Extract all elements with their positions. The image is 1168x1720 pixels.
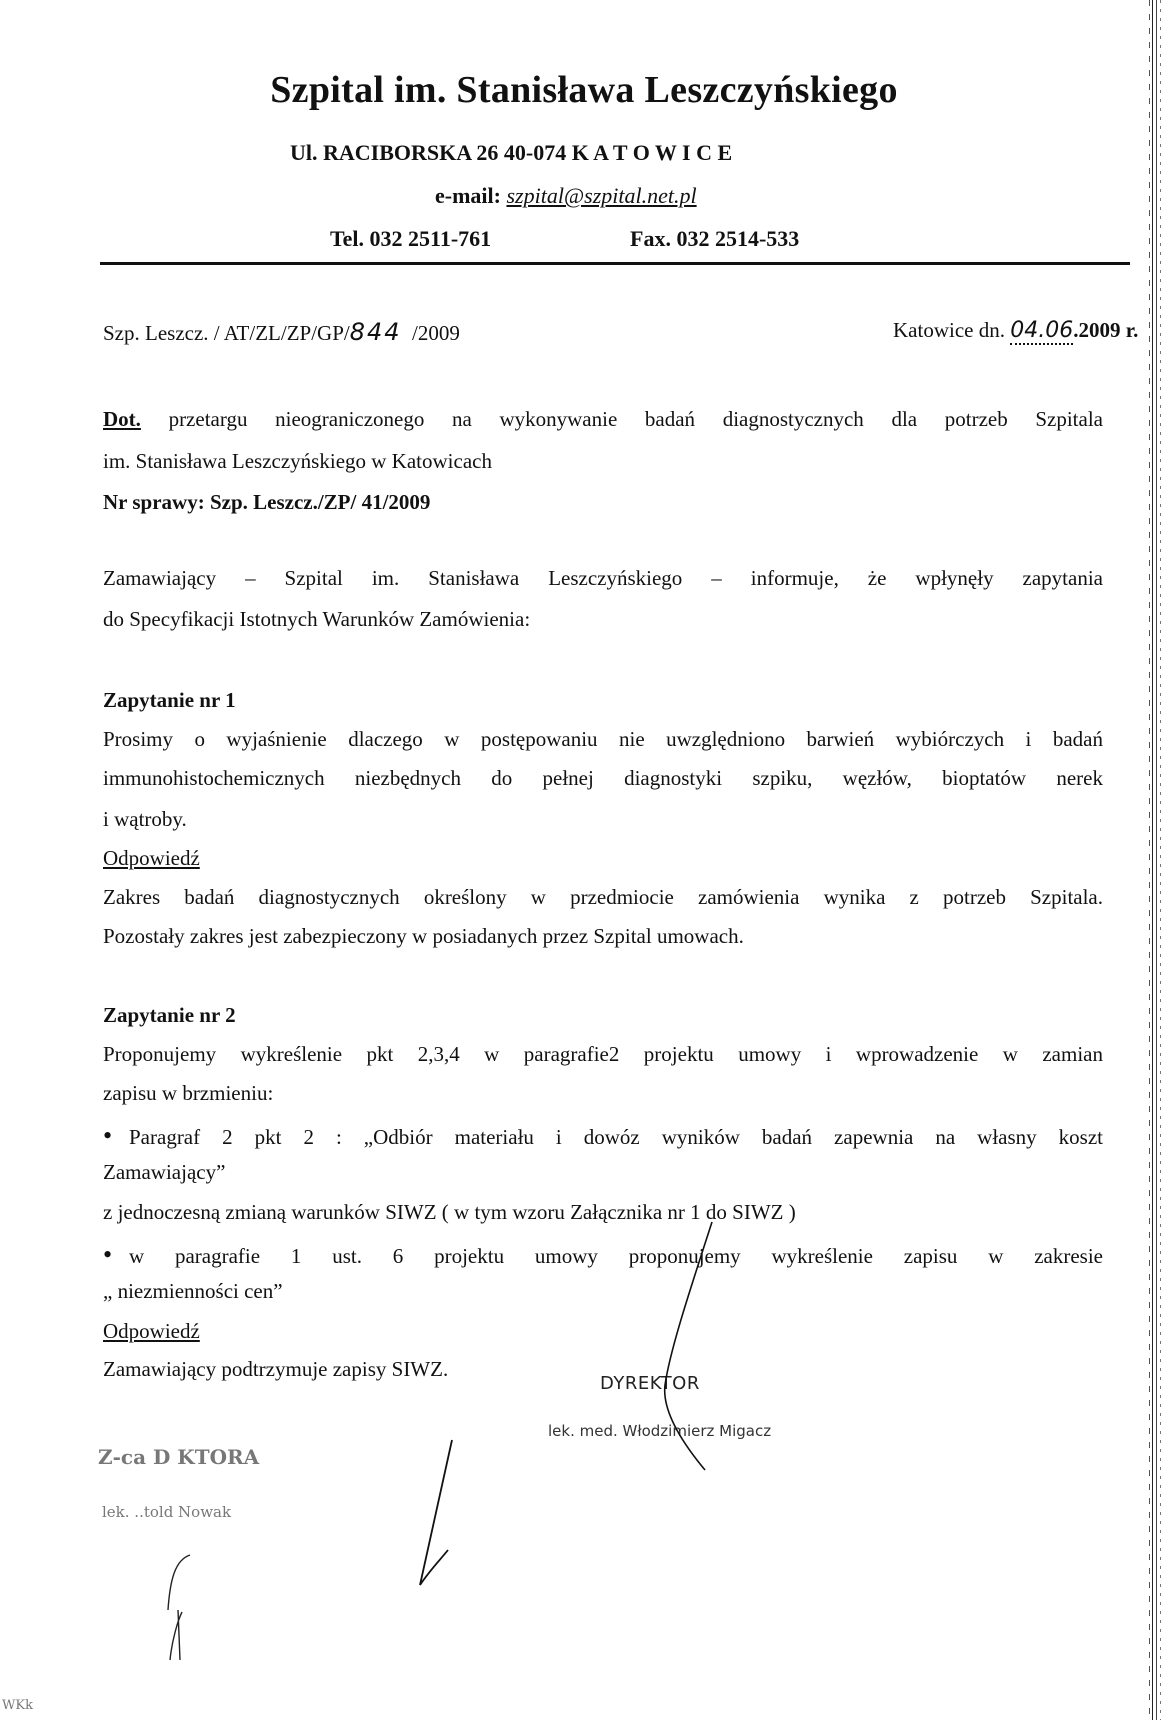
- deputy-title: Z-ca D KTORA: [98, 1445, 259, 1469]
- scan-edge-line: [1152, 0, 1153, 1720]
- scan-edge-line: [1160, 0, 1161, 1720]
- deputy-name: lek. ..told Nowak: [102, 1503, 231, 1521]
- corner-initials: WKk: [2, 1698, 33, 1713]
- scan-edge-line: [1149, 0, 1150, 1720]
- scan-edge-line: [1156, 0, 1157, 1720]
